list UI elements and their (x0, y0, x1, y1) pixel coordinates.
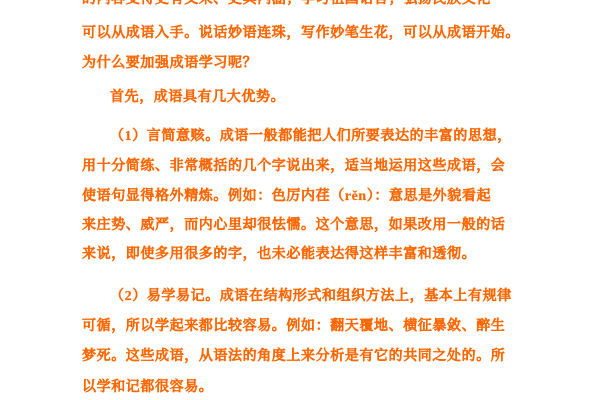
text-line: 首先，成语具有几大优势。 (110, 90, 285, 106)
text-line: 可循，所以学起来都比较容易。例如：翻天覆地、横征暴敛、醉生 (82, 319, 505, 335)
text-line: 为什么要加强成语学习呢？ (82, 56, 257, 72)
text-line: 梦死。这些成语，从语法的角度上来分析是有它的共同之处的。所 (82, 349, 505, 365)
text-line: 来庄势、威严，而内心里却很怯懦。这个意思，如果改用一般的话 (82, 218, 505, 234)
text-line: 可以从成语入手。说话妙语连珠，写作妙笔生花，可以从成语开始。 (82, 26, 520, 42)
text-line: 以学和记都很容易。 (82, 380, 213, 396)
text-line: 用十分简练、非常概括的几个字说出来，适当地运用这些成语，会 (82, 159, 505, 175)
text-line: 来说，即使多用很多的字，也未必能表达得这样丰富和透彻。 (82, 247, 476, 263)
document-page: 的内容变得更有文采、更具内涵；学习祖国语言；弘扬民族文化可以从成语入手。说话妙语… (0, 0, 600, 400)
text-line: （1）言简意赅。成语一般都能把人们所要表达的丰富的思想， (110, 129, 512, 145)
text-line: 的内容变得更有文采、更具内涵；学习祖国语言；弘扬民族文化 (82, 0, 491, 8)
text-line: （2）易学易记。成语在结构形式和组织方法上，基本上有规律 (110, 289, 512, 305)
text-line: 使语句显得格外精炼。例如：色厉内荏（rěn）：意思是外貌看起 (82, 189, 491, 205)
